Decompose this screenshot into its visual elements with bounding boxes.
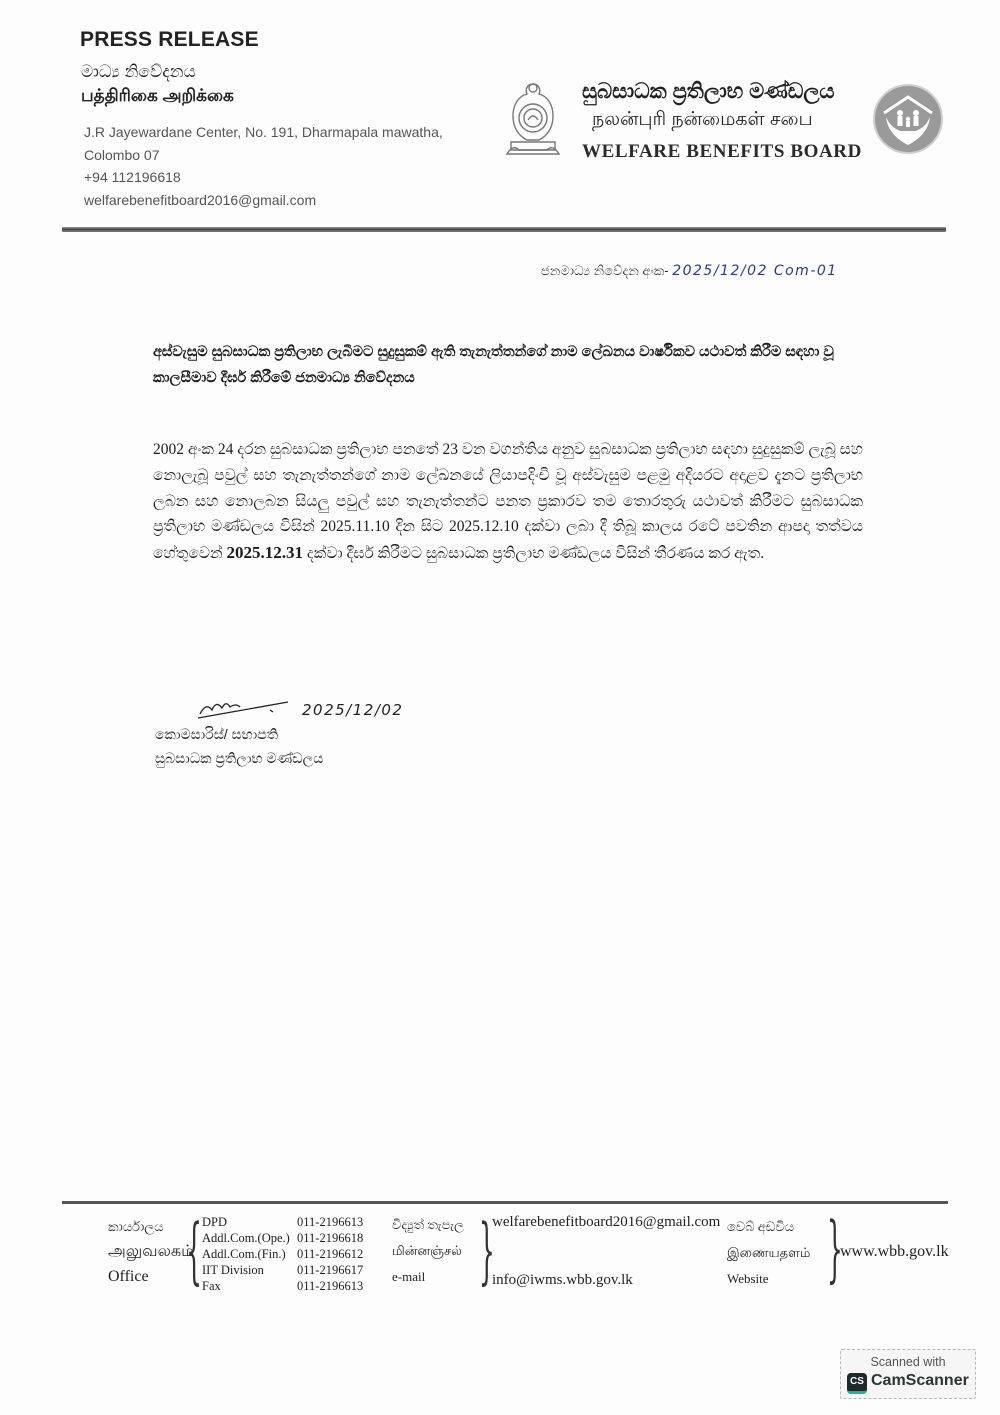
camscanner-watermark: Scanned with CS CamScanner <box>840 1349 976 1399</box>
address-email: welfarebenefitboard2016@gmail.com <box>84 189 443 212</box>
footer-website-label: වෙබ් අඩවිය இணையதளம் Website <box>727 1214 810 1292</box>
org-name-sinhala: සුබසාධක ප්‍රතිලාභ මණ්ඩලය <box>582 80 835 104</box>
footer-email-info: info@iwms.wbb.gov.lk <box>492 1272 633 1289</box>
address-phone: +94 112196618 <box>84 166 443 189</box>
body-text-part2: දක්වා දීර්ඝ කිරීමට සුබසාධක ප්‍රතිලාභ මණ්… <box>303 545 764 562</box>
document-title: අස්වැසුම සුබසාධක ප්‍රතිලාභ ලැබීමට සුදුසු… <box>153 339 863 391</box>
brace-divider: { <box>186 1212 202 1288</box>
website-label-sinhala: වෙබ් අඩවිය <box>727 1214 810 1240</box>
camscanner-logo-icon: CS <box>847 1373 867 1394</box>
footer-office-label: කාර්යාලය அலுவலகம் Office <box>108 1214 194 1289</box>
reference-value: 2025/12/02 Com-01 <box>672 263 838 279</box>
signature-icon <box>196 692 296 722</box>
header-divider <box>62 227 946 232</box>
email-label-tamil: மின்னஞ்சல் <box>392 1238 464 1264</box>
address-line: J.R Jayewardane Center, No. 191, Dharmap… <box>84 121 443 144</box>
office-label-tamil: அலுவலகம் <box>108 1239 194 1264</box>
tamil-subtitle: பத்திரிகை அறிக்கை <box>81 86 234 108</box>
contact-row: Addl.Com.(Ope.)011-2196618 <box>202 1230 363 1246</box>
welfare-board-logo-icon <box>872 83 944 155</box>
email-label-english: e-mail <box>392 1264 464 1290</box>
org-name-english: WELFARE BENEFITS BOARD <box>582 141 862 163</box>
office-label-english: Office <box>108 1264 194 1289</box>
website-label-english: Website <box>727 1266 810 1292</box>
office-label-sinhala: කාර්යාලය <box>108 1214 194 1239</box>
website-label-tamil: இணையதளம் <box>727 1240 810 1266</box>
footer-email-gmail: welfarebenefitboard2016@gmail.com <box>492 1214 720 1231</box>
signatory-organization: සුබසාධක ප්‍රතිලාභ මණ්ඩලය <box>155 750 323 767</box>
press-release-page: PRESS RELEASE මාධ්‍ය නිවේදනය பத்திரிகை அ… <box>0 0 1000 1415</box>
reference-label: ජනමාධ්‍ය නිවේදන අංක- <box>541 263 669 278</box>
document-body: 2002 අංක 24 දරන සුබසාධක ප්‍රතිලාභ පනතේ 2… <box>153 437 863 567</box>
email-label-sinhala: විද්‍යුත් තැපැල <box>392 1212 464 1238</box>
press-release-title: PRESS RELEASE <box>80 28 259 52</box>
signatory-designation: කොමසාරිස්/ සභාපති <box>155 726 278 743</box>
address-city: Colombo 07 <box>84 144 443 167</box>
footer-divider <box>62 1201 948 1204</box>
contact-row: Fax011-2196613 <box>202 1278 363 1294</box>
org-name-tamil: நலன்புரி நன்மைகள் சபை <box>592 109 813 133</box>
state-emblem-icon <box>505 80 561 162</box>
footer-website: www.wbb.gov.lk <box>840 1243 949 1261</box>
footer-phone-list: DPD011-2196613 Addl.Com.(Ope.)011-219661… <box>202 1214 363 1294</box>
contact-address: J.R Jayewardane Center, No. 191, Dharmap… <box>84 121 443 211</box>
contact-row: IIT Division011-2196617 <box>202 1262 363 1278</box>
contact-row: Addl.Com.(Fin.)011-2196612 <box>202 1246 363 1262</box>
reference-number: ජනමාධ්‍ය නිවේදන අංක- 2025/12/02 Com-01 <box>541 263 838 279</box>
signature-date: 2025/12/02 <box>302 701 403 719</box>
watermark-brand: CamScanner <box>871 1372 969 1390</box>
footer-email-label: විද්‍යුත් තැපැල மின்னஞ்சல் e-mail <box>392 1212 464 1290</box>
watermark-caption: Scanned with <box>841 1355 975 1369</box>
sinhala-subtitle: මාධ්‍ය නිවේදනය <box>81 62 196 82</box>
contact-row: DPD011-2196613 <box>202 1214 363 1230</box>
extended-deadline: 2025.12.31 <box>227 543 304 562</box>
